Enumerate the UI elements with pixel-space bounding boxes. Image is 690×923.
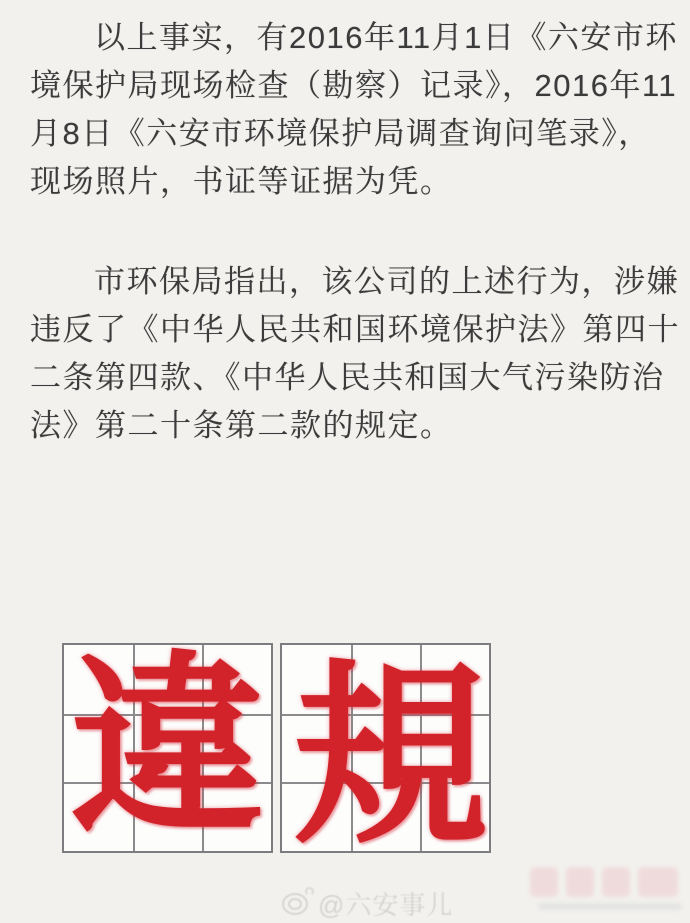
- watermark-blob: [566, 867, 594, 897]
- text-line: 法》第二十条第二款的规定。: [30, 402, 664, 450]
- text-line: 违反了《中华人民共和国环境保护法》第四十: [30, 306, 664, 354]
- watermark-blob: [530, 867, 558, 897]
- corner-watermark-illegible: [530, 865, 686, 915]
- text-line: 月8日《六安市环境保护局调查询问笔录》，: [30, 110, 664, 158]
- watermark-subline: [538, 903, 682, 910]
- text-line: 境保护局现场检查（勘察）记录》，2016年11: [30, 62, 664, 110]
- weibo-handle-text: @六安事儿: [318, 885, 453, 922]
- watermark-blob: [602, 867, 630, 897]
- calligraphy-grid-left: 違: [62, 643, 273, 853]
- text-line: 市环保局指出，该公司的上述行为，涉嫌: [30, 258, 664, 306]
- text-line: 以上事实，有2016年11月1日《六安市环: [30, 14, 664, 62]
- watermark-blob: [638, 867, 678, 897]
- weigui-calligraphy-image: 違 規: [62, 643, 522, 855]
- calligraphy-grid-right: 規: [280, 643, 491, 853]
- calligraphy-char-wei: 違: [64, 645, 271, 851]
- paragraph-violation: 市环保局指出，该公司的上述行为，涉嫌 违反了《中华人民共和国环境保护法》第四十 …: [30, 258, 664, 450]
- article-screenshot: 以上事实，有2016年11月1日《六安市环 境保护局现场检查（勘察）记录》，20…: [0, 0, 690, 923]
- text-line: 二条第四款、《中华人民共和国大气污染防治: [30, 354, 664, 402]
- weibo-spark: [305, 887, 314, 896]
- calligraphy-char-gui: 規: [287, 653, 494, 859]
- paragraph-evidence: 以上事实，有2016年11月1日《六安市环 境保护局现场检查（勘察）记录》，20…: [30, 14, 664, 206]
- weibo-watermark: @六安事儿: [280, 884, 453, 922]
- weibo-orbit-inner: [288, 898, 302, 910]
- weibo-logo-icon: [280, 887, 316, 919]
- text-line: 现场照片，书证等证据为凭。: [30, 158, 664, 206]
